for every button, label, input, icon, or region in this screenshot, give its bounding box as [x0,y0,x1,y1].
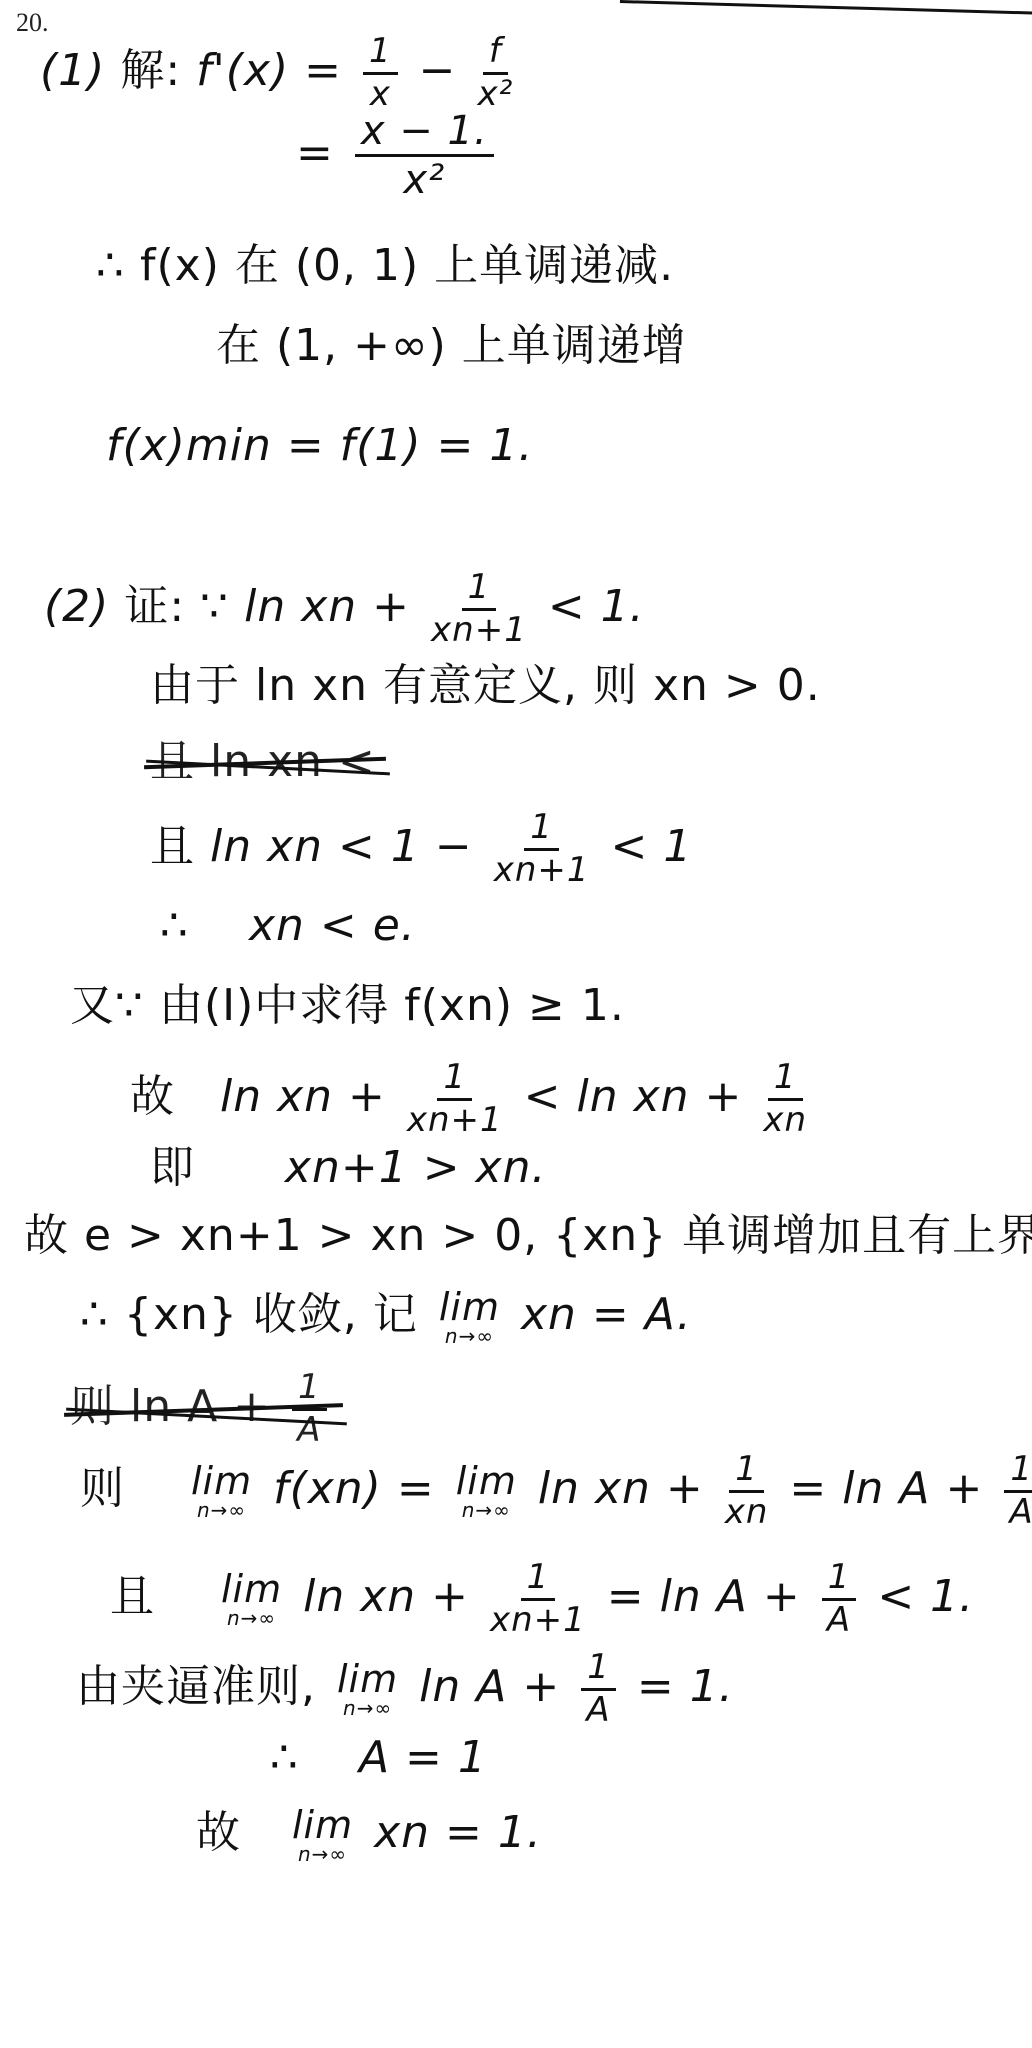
fraction: 1 xn [725,1452,769,1530]
solution-prefix: 解: [120,45,181,96]
part2-convergent-line: ∴ {xn} 收敛, 记 lim n→∞ xn = A. [80,1288,692,1346]
part2-squeeze-line: 由夹逼准则, lim n→∞ ln A + 1 A = 1. [76,1650,734,1728]
limit-operator: lim n→∞ [439,1288,500,1346]
fraction: 1 xn+1 [490,1560,586,1638]
part2-label: (2) [44,581,109,632]
limit-operator: lim n→∞ [337,1660,398,1718]
part2-domain-line: 由于 ln xn 有意定义, 则 xn > 0. [150,664,821,708]
part2-monotone-bounded-line: 故 e > xn+1 > xn > 0, {xn} 单调增加且有上界. [24,1214,1032,1258]
part1-label: (1) [40,45,105,96]
part2-increasing-line: 即 xn+1 > xn. [150,1146,546,1190]
part1-derivative-line: (1) 解: f'(x) = 1 x − f x² [40,34,519,112]
fraction: 1 xn+1 [494,810,590,888]
part2-comparison-line: 故 ln xn + 1 xn+1 < ln xn + 1 xn [130,1060,813,1138]
fraction: 1 A [822,1560,857,1638]
part2-limit-given-line: 且 lim n→∞ ln xn + 1 xn+1 = ln A + 1 A < … [110,1560,974,1638]
part1-simplified-line: = x − 1. x² [296,110,500,201]
part1-decreasing-line: ∴ f(x) 在 (0, 1) 上单调递减. [96,244,674,288]
part2-given-line: (2) 证: ∵ ln xn + 1 xn+1 < 1. [44,570,645,648]
part2-limit-fxn-line: 则 lim n→∞ f(xn) = lim n→∞ ln xn + 1 xn =… [80,1452,1032,1530]
limit-operator: lim n→∞ [292,1806,353,1864]
fraction: 1 x [363,34,398,112]
derivative-lhs: f'(x) = [196,45,342,96]
part1-minimum-line: f(x)min = f(1) = 1. [106,424,533,468]
part1-increasing-line: 在 (1, +∞) 上单调递增 [216,324,687,368]
limit-operator: lim n→∞ [191,1462,252,1520]
fraction: 1 xn [763,1060,807,1138]
part2-conclusion-line: 故 lim n→∞ xn = 1. [196,1806,542,1864]
handwritten-solution-page: 20. (1) 解: f'(x) = 1 x − f x² = x − 1. x… [0,0,1032,2048]
fraction: x − 1. x² [355,110,494,201]
fraction: 1 xn+1 [431,570,527,648]
part2-upper-bound-line: 且 ln xn < 1 − 1 xn+1 < 1 [150,810,692,888]
limit-operator: lim n→∞ [456,1462,517,1520]
limit-operator: lim n→∞ [221,1570,282,1628]
fraction: 1 xn+1 [407,1060,503,1138]
part2-struck-line-1: 且 ln xn < [150,740,376,784]
part2-struck-line-2: 则 ln A + 1 A [70,1370,333,1448]
page-edge-line [620,0,1032,15]
part2-from-part1-line: 又∵ 由(I)中求得 f(xn) ≥ 1. [70,984,625,1028]
fraction: f x² [477,34,513,112]
part2-xn-less-e-line: ∴ xn < e. [160,904,416,948]
fraction: 1 A [292,1370,327,1448]
fraction: 1 A [581,1650,616,1728]
fraction: 1 A [1004,1452,1032,1530]
part2-a-equals-one-line: ∴ A = 1 [270,1736,487,1780]
